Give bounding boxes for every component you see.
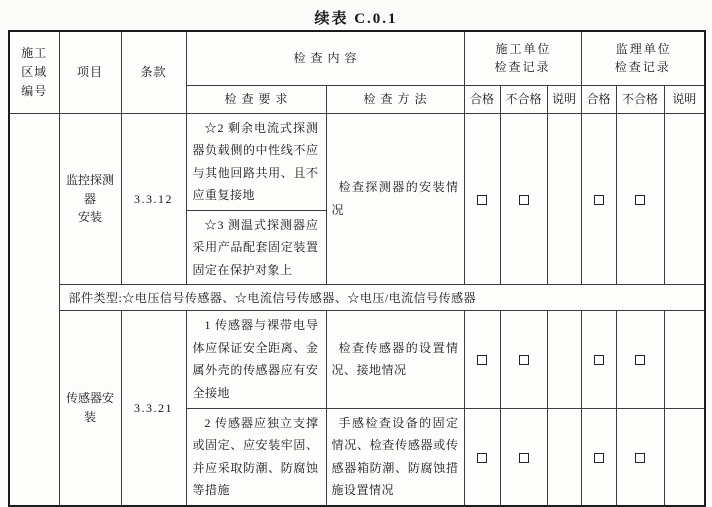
checkbox-cell-construction-fail [500, 408, 547, 506]
requirement-cell: 1 传感器与裸带电导体应保证安全距离、金属外壳的传感器应有安全接地 [186, 311, 326, 408]
inspection-record-table: 施工 区域 编号 项目 条款 检查内容 施工单位 检查记录 监理单位 检查记录 … [8, 30, 706, 507]
requirement-cell: 2 传感器应独立支撑或固定、应安装牢固、并应采取防潮、防腐蚀等措施 [186, 408, 326, 506]
empty-checkbox [635, 355, 645, 365]
note-cell-construction [547, 311, 581, 408]
header-item: 项目 [59, 31, 121, 113]
empty-checkbox [635, 195, 645, 205]
clause-cell: 3.3.21 [121, 311, 186, 506]
empty-checkbox [594, 453, 604, 463]
checkbox-cell-supervision-pass [581, 408, 616, 506]
empty-checkbox [519, 355, 529, 365]
note-cell-construction [547, 408, 581, 506]
method-cell: 检查传感器的设置情况、接地情况 [326, 311, 464, 408]
header-construction-note: 说明 [547, 85, 581, 113]
checkbox-cell-supervision-fail [616, 408, 664, 506]
checkbox-cell-construction-pass [464, 113, 500, 285]
item-cell-detector-install: 监控探测器 安装 [59, 113, 121, 285]
component-type-row: 部件类型:☆电压信号传感器、☆电流信号传感器、☆电压/电流信号传感器 [59, 285, 705, 311]
header-supervision-record: 监理单位 检查记录 [581, 31, 705, 85]
header-check-requirement: 检查要求 [186, 85, 326, 113]
checkbox-cell-construction-fail [500, 113, 547, 285]
page-title: 续表 C.0.1 [0, 7, 712, 28]
header-construction-pass: 合格 [464, 85, 500, 113]
checkbox-cell-construction-fail [500, 311, 547, 408]
empty-checkbox [594, 355, 604, 365]
method-cell: 手感检查设备的固定情况、检查传感器或传感器箱防潮、防腐蚀措施设置情况 [326, 408, 464, 506]
checkbox-cell-supervision-pass [581, 113, 616, 285]
header-construction-record: 施工单位 检查记录 [464, 31, 581, 85]
empty-checkbox [477, 355, 487, 365]
requirement-cell: ☆3 测温式探测器应采用产品配套固定装置固定在保护对象上 [186, 210, 326, 285]
checkbox-cell-supervision-fail [616, 113, 664, 285]
empty-checkbox [594, 195, 604, 205]
empty-checkbox [519, 195, 529, 205]
clause-cell: 3.3.12 [121, 113, 186, 285]
checkbox-cell-construction-pass [464, 408, 500, 506]
header-check-method: 检查方法 [326, 85, 464, 113]
header-region: 施工 区域 编号 [9, 31, 59, 113]
header-check-content: 检查内容 [186, 31, 464, 85]
checkbox-cell-construction-pass [464, 311, 500, 408]
requirement-cell: ☆2 剩余电流式探测器负载侧的中性线不应与其他回路共用、且不应重复接地 [186, 113, 326, 210]
method-cell: 检查探测器的安装情况 [326, 113, 464, 285]
checkbox-cell-supervision-fail [616, 311, 664, 408]
empty-checkbox [477, 453, 487, 463]
note-cell-supervision [664, 311, 705, 408]
note-cell-supervision [664, 408, 705, 506]
header-supervision-note: 说明 [664, 85, 705, 113]
header-supervision-pass: 合格 [581, 85, 616, 113]
header-construction-fail: 不合格 [500, 85, 547, 113]
empty-checkbox [519, 453, 529, 463]
empty-checkbox [477, 195, 487, 205]
item-cell-sensor-install: 传感器安装 [59, 311, 121, 506]
region-number-cell [9, 113, 59, 506]
note-cell-construction [547, 113, 581, 285]
header-supervision-fail: 不合格 [616, 85, 664, 113]
note-cell-supervision [664, 113, 705, 285]
checkbox-cell-supervision-pass [581, 311, 616, 408]
empty-checkbox [635, 453, 645, 463]
header-clause: 条款 [121, 31, 186, 113]
